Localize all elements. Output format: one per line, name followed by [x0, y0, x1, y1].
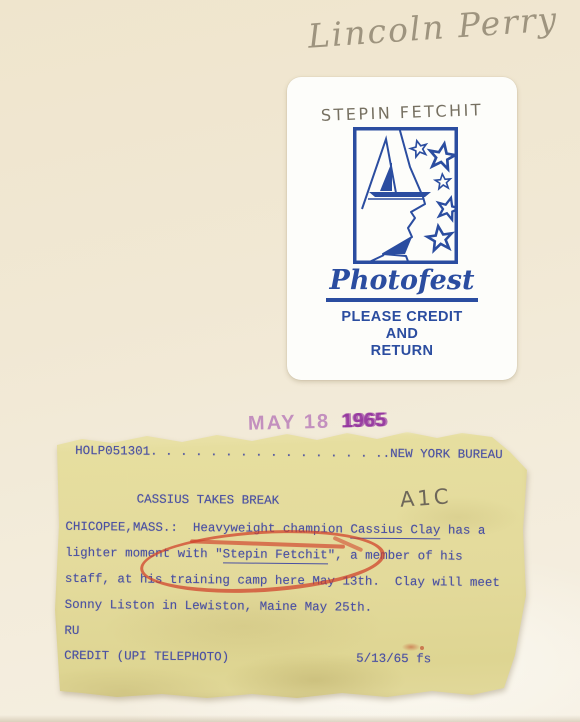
caption-slip-paper: HOLP051301. . . . . . . . . . . . . . . …: [52, 430, 530, 702]
photofest-brand: Photofest: [287, 267, 517, 294]
credit-notice-line3: RETURN: [287, 343, 517, 360]
photofest-logo: [353, 127, 458, 264]
sticker-subject-name: STEPIN FETCHIT: [287, 99, 518, 126]
credit-notice-line1: PLEASE CREDIT: [287, 309, 517, 326]
stamp-year: 1965: [341, 409, 386, 432]
owner-signature: Lincoln Perry: [287, 0, 579, 57]
photofest-sticker: STEPIN FETCHIT: [287, 77, 517, 380]
dot-leader: . . . . . . . . . . . . . . .: [158, 445, 383, 461]
slip-headline: CASSIUS TAKES BREAK: [137, 493, 280, 508]
red-ink-dot: [420, 646, 424, 650]
red-ink-stain: [402, 643, 420, 651]
credit-line: CREDIT (UPI TELEPHOTO): [64, 649, 229, 665]
star-icon: [427, 141, 457, 170]
credit-notice-line2: AND: [287, 326, 517, 343]
photo-verso-page: Lincoln Perry STEPIN FETCHIT: [0, 0, 580, 722]
caption-slip: HOLP051301. . . . . . . . . . . . . . . …: [52, 430, 530, 702]
caption-body-line4: Sonny Liston in Lewiston, Maine May 25th…: [65, 598, 373, 615]
wire-id-code: HOLP051301.: [75, 444, 158, 459]
caption-text: has a: [440, 523, 485, 537]
star-icon: [426, 224, 454, 251]
caption-text: CHICOPEE,MASS.:: [65, 520, 193, 535]
underlined-name: Cassius Clay: [350, 523, 440, 539]
bureau-name: .NEW YORK BUREAU: [383, 447, 503, 462]
star-icon: [409, 139, 429, 158]
slip-header: HOLP051301. . . . . . . . . . . . . . . …: [75, 444, 503, 462]
pencil-annotation: A1C: [399, 484, 452, 512]
photofest-divider: [326, 298, 478, 302]
star-icon: [435, 173, 451, 189]
sailboat-icon: [368, 163, 431, 199]
sign-off: RU: [64, 624, 79, 638]
date-code: 5/13/65 fs: [356, 652, 431, 667]
